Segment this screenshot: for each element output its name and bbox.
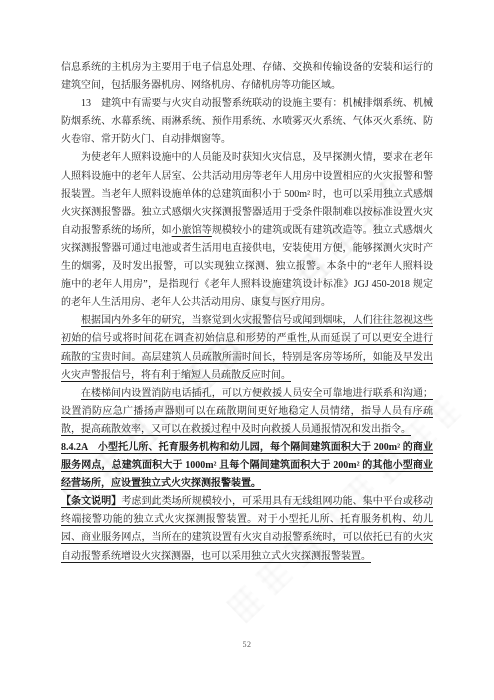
clause-8-4-2A: 8.4.2A 小型托儿所、托育服务机构和幼儿园，每个隔间建筑面积大于 200m²…: [61, 439, 433, 493]
paragraph-article-explanation: 【条文说明】考虑到此类场所规模较小，可采用具有无线组网功能、集中平台或移动终端接…: [61, 493, 433, 565]
paragraph-text: 为使老年人照料设施中的人员能及时获知火灾信息，及早探测火情，要求在老年人照料设施…: [61, 152, 433, 235]
paragraph-elderly-care-facilities: 为使老年人照料设施中的人员能及时获知火灾信息，及早探测火情，要求在老年人照料设施…: [61, 149, 433, 312]
paragraph-server-room-continuation: 信息系统的主机房为主要用于电子信息处理、存储、交换和传输设备的安装和运行的建筑空…: [61, 59, 433, 95]
paragraph-text: 13 建筑中有需要与火灾自动报警系统联动的设施主要有：机械排烟系统、机械防烟系统…: [61, 98, 433, 145]
page-text-block: 信息系统的主机房为主要用于电子信息处理、存储、交换和传输设备的安装和运行的建筑空…: [61, 59, 433, 566]
page-number: 52: [0, 640, 494, 649]
paragraph-stairwell-phone-jacks: 在楼梯间内设置消防电话插孔，可以方便救援人员安全可靠地进行联系和沟通；设置消防应…: [61, 385, 433, 439]
underlined-phrase-small-hotels: 小旅馆等: [172, 225, 212, 236]
document-page: 信息系统的主机房为主要用于电子信息处理、存储、交换和传输设备的安装和运行的建筑空…: [0, 0, 494, 700]
article-explanation-label: 【条文说明】: [61, 496, 121, 507]
paragraph-text: 信息系统的主机房为主要用于电子信息处理、存储、交换和传输设备的安装和运行的建筑空…: [61, 62, 433, 91]
paragraph-item-13-linked-systems: 13 建筑中有需要与火灾自动报警系统联动的设施主要有：机械排烟系统、机械防烟系统…: [61, 95, 433, 149]
paragraph-research-on-alarm-response: 根据国内外多年的研究，当察觉到火灾报警信号或闻到烟味，人们往往忽视这些初始的信号…: [61, 312, 433, 384]
paragraph-text: 规模较小的建筑或既有建筑改造等。独立式感烟火灾探测报警器可通过电池或者生活用电直…: [61, 225, 433, 308]
